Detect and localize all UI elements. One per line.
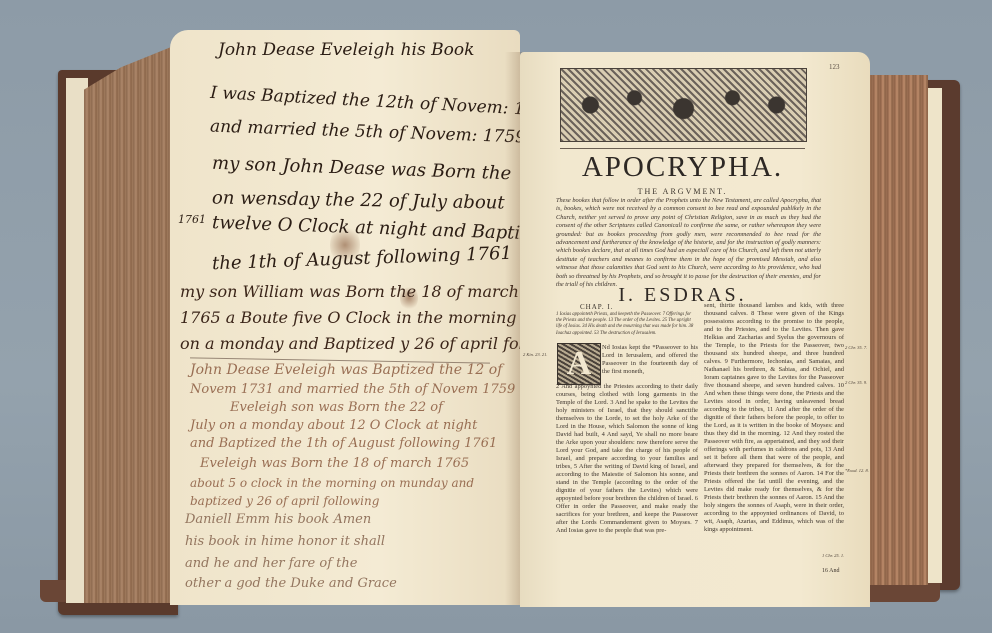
- handwritten-line-faded: about 5 o clock in the morning on munday…: [190, 476, 474, 490]
- handwritten-line-faded: baptized y 26 of april following: [190, 494, 379, 508]
- handwritten-line-early: other a god the Duke and Grace: [185, 576, 397, 591]
- margin-note: 2 Chr. 35. 7.: [845, 345, 867, 351]
- section-title: APOCRYPHA.: [560, 148, 805, 184]
- margin-year: 1761: [178, 213, 206, 226]
- chapter-heading: CHAP. I.: [580, 303, 613, 311]
- handwritten-line-faded: Novem 1731 and married the 5th of Novem …: [190, 382, 515, 397]
- decorated-drop-cap: A: [557, 343, 601, 385]
- handwritten-line: 1765 a Boute five O Clock in the morning: [180, 308, 517, 327]
- catchword: 16 And: [822, 568, 840, 574]
- argument-text: These bookes that follow in order after …: [556, 197, 821, 289]
- margin-note: 1 Chr. 25. 1.: [822, 553, 844, 559]
- handwritten-line-faded: Eveleigh son was Born the 22 of: [230, 400, 443, 415]
- handwritten-line-faded: Eveleigh was Born the 18 of march 1765: [200, 456, 469, 471]
- owner-inscription: John Dease Eveleigh his Book: [218, 40, 474, 60]
- woodcut-headpiece-ornament: [560, 68, 807, 142]
- verse-column-2: sent, thirtie thousand lambes and kids, …: [704, 302, 844, 534]
- margin-note: *Exod. 12. 8.: [845, 468, 869, 474]
- argument-heading: THE ARGVMENT.: [560, 187, 805, 196]
- handwritten-line-early: his book in hime honor it shall: [185, 534, 385, 549]
- handwritten-line: on a monday and Baptized y 26 of april f…: [180, 334, 552, 353]
- handwritten-line: my son William was Born the 18 of march: [180, 282, 519, 301]
- handwritten-line-early: Daniell Emm his book Amen: [185, 512, 371, 527]
- verse-column-1: 2 And appoynted the Priestes according t…: [556, 383, 698, 535]
- page-number: 123: [829, 63, 840, 71]
- handwritten-line-faded: John Dease Eveleigh was Baptized the 12 …: [190, 362, 502, 378]
- verse-column-1-intro: Nd Iosias kept the *Passeover to his Lor…: [602, 344, 698, 376]
- handwritten-line-early: and he and her fare of the: [185, 556, 357, 571]
- handwritten-line-faded: and Baptized the 1th of August following…: [190, 436, 497, 451]
- page-block-left: [84, 45, 176, 603]
- handwritten-line-faded: July on a monday about 12 O Clock at nig…: [190, 418, 477, 433]
- margin-note: 2 Chr. 35. 9.: [845, 380, 867, 386]
- chapter-summary: 1 Iosias appointeth Priests, and keepeth…: [556, 312, 696, 337]
- page-block-right: [866, 75, 928, 585]
- margin-note: 2 Kin. 23. 21.: [523, 352, 548, 358]
